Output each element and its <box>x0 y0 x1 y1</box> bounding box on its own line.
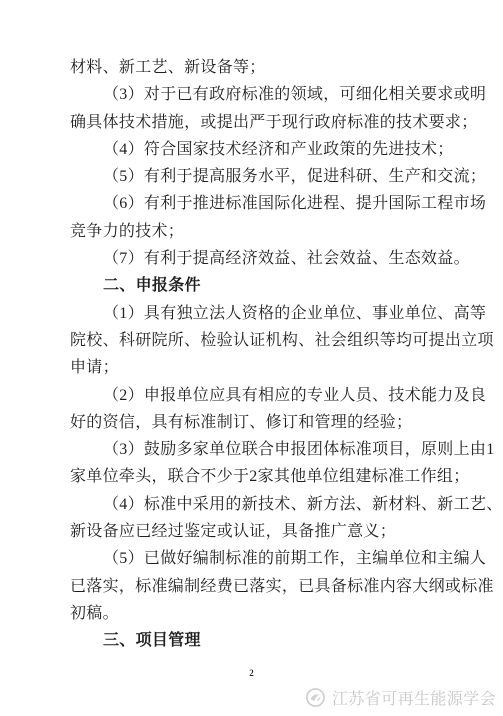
paragraph-line: （5）已做好编制标准的前期工作，主编单位和主编人 <box>70 545 500 572</box>
paragraph-line: 初稿。 <box>70 600 500 627</box>
page-number: 2 <box>0 668 503 678</box>
paragraph-line: 已落实，标准编制经费已落实，已具备标准内容大纲或标准 <box>70 573 500 600</box>
document-page: 材料、新工艺、新设备等； （3）对于已有政府标准的领域，可细化相关要求或明 确具… <box>0 0 503 716</box>
paragraph-line: （5）有利于提高服务水平，促进科研、生产和交流； <box>70 163 500 190</box>
paragraph-line: （2）申报单位应具有相应的专业人员、技术能力及良 <box>70 382 500 409</box>
section-heading: 三、项目管理 <box>70 627 500 654</box>
watermark-org-name: 江苏省可再生能源学会 <box>332 686 496 709</box>
paragraph-line: 院校、科研院所、检验认证机构、社会组织等均可提出立项 <box>70 327 500 354</box>
paragraph-line: 竞争力的技术； <box>70 218 500 245</box>
paragraph-line: （3）鼓励多家单位联合申报团体标准项目，原则上由1 <box>70 436 500 463</box>
paragraph-line: （1）具有独立法人资格的企业单位、事业单位、高等 <box>70 300 500 327</box>
paragraph-line: 申请； <box>70 354 500 381</box>
renewable-energy-society-logo-icon <box>305 687 326 708</box>
document-body: 材料、新工艺、新设备等； （3）对于已有政府标准的领域，可细化相关要求或明 确具… <box>70 54 500 655</box>
paragraph-line: 新设备应已经过鉴定或认证，具备推广意义； <box>70 518 500 545</box>
paragraph-line: 材料、新工艺、新设备等； <box>70 54 500 81</box>
watermark: 江苏省可再生能源学会 <box>305 686 496 709</box>
section-heading: 二、申报条件 <box>70 272 500 299</box>
paragraph-line: （4）符合国家技术经济和产业政策的先进技术； <box>70 136 500 163</box>
paragraph-line: （3）对于已有政府标准的领域，可细化相关要求或明 <box>70 81 500 108</box>
paragraph-line: （4）标准中采用的新技术、新方法、新材料、新工艺、 <box>70 491 500 518</box>
paragraph-line: （6）有利于推进标准国际化进程、提升国际工程市场 <box>70 190 500 217</box>
paragraph-line: （7）有利于提高经济效益、社会效益、生态效益。 <box>70 245 500 272</box>
paragraph-line: 家单位牵头，联合不少于2家其他单位组建标准工作组； <box>70 463 500 490</box>
paragraph-line: 确具体技术措施，或提出严于现行政府标准的技术要求； <box>70 109 500 136</box>
paragraph-line: 好的资信，具有标准制订、修订和管理的经验； <box>70 409 500 436</box>
